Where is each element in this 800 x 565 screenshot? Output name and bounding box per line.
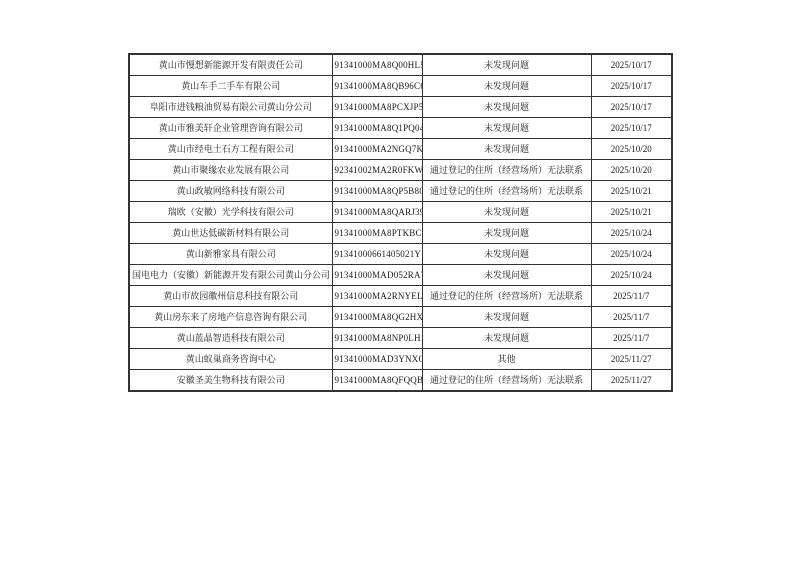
check-date-cell: 2025/11/27 <box>591 349 672 370</box>
table-row: 黄山车手二手车有限公司91341000MA8QB96C6E未发现问题2025/1… <box>129 76 672 97</box>
company-name-cell: 黄山蚁巢商务咨询中心 <box>129 349 332 370</box>
company-name-cell: 国电电力（安徽）新能源开发有限公司黄山分公司 <box>129 265 332 286</box>
table-row: 黄山世达低碳新材料有限公司91341000MA8PTKBC5H未发现问题2025… <box>129 223 672 244</box>
table-row: 瑞欧（安徽）光学科技有限公司91341000MA8QARJ39E未发现问题202… <box>129 202 672 223</box>
check-result-cell: 通过登记的住所（经营场所）无法联系 <box>422 160 591 181</box>
table-row: 黄山市经电土石方工程有限公司91341000MA2NGQ7K8A未发现问题202… <box>129 139 672 160</box>
company-name-cell: 黄山政敏网络科技有限公司 <box>129 181 332 202</box>
credit-code-cell: 91341000MA8PCXJP5G <box>332 97 422 118</box>
check-date-cell: 2025/10/24 <box>591 265 672 286</box>
credit-code-cell: 91341000MA8NP0LH1A <box>332 328 422 349</box>
check-result-cell: 未发现问题 <box>422 202 591 223</box>
check-date-cell: 2025/10/24 <box>591 244 672 265</box>
check-result-cell: 未发现问题 <box>422 76 591 97</box>
check-result-cell: 未发现问题 <box>422 265 591 286</box>
check-date-cell: 2025/10/21 <box>591 202 672 223</box>
company-name-cell: 黄山市聚缘农业发展有限公司 <box>129 160 332 181</box>
table-row: 黄山蚁巢商务咨询中心91341000MAD3YNXQ41其他2025/11/27 <box>129 349 672 370</box>
check-date-cell: 2025/10/17 <box>591 54 672 76</box>
company-name-cell: 安徽圣美生物科技有限公司 <box>129 370 332 392</box>
company-name-cell: 黄山市雅美轩企业管理咨询有限公司 <box>129 118 332 139</box>
table-row: 黄山政敏网络科技有限公司91341000MA8QP5B804通过登记的住所（经营… <box>129 181 672 202</box>
company-name-cell: 黄山市故园徽州信息科技有限公司 <box>129 286 332 307</box>
table-row: 黄山市故园徽州信息科技有限公司91341000MA2RNYEL48通过登记的住所… <box>129 286 672 307</box>
check-result-cell: 未发现问题 <box>422 223 591 244</box>
table-row: 安徽圣美生物科技有限公司91341000MA8QFQQB3M通过登记的住所（经营… <box>129 370 672 392</box>
table-row: 黄山新雅家具有限公司91341000661405021Y未发现问题2025/10… <box>129 244 672 265</box>
check-date-cell: 2025/11/7 <box>591 328 672 349</box>
credit-code-cell: 91341000MA8PTKBC5H <box>332 223 422 244</box>
credit-code-cell: 91341000MAD052RA7B <box>332 265 422 286</box>
credit-code-cell: 91341000MA8QFQQB3M <box>332 370 422 392</box>
check-result-cell: 通过登记的住所（经营场所）无法联系 <box>422 181 591 202</box>
table-row: 黄山市雅美轩企业管理咨询有限公司91341000MA8Q1PQ04R未发现问题2… <box>129 118 672 139</box>
table-row: 黄山蓝晶智造科技有限公司91341000MA8NP0LH1A未发现问题2025/… <box>129 328 672 349</box>
check-date-cell: 2025/11/27 <box>591 370 672 392</box>
check-date-cell: 2025/10/21 <box>591 181 672 202</box>
check-result-cell: 未发现问题 <box>422 328 591 349</box>
company-name-cell: 黄山市慢想新能源开发有限责任公司 <box>129 54 332 76</box>
inspection-report-table: 黄山市慢想新能源开发有限责任公司91341000MA8Q00HL5U未发现问题2… <box>128 53 673 392</box>
company-name-cell: 黄山世达低碳新材料有限公司 <box>129 223 332 244</box>
check-date-cell: 2025/10/17 <box>591 76 672 97</box>
credit-code-cell: 91341000MA8Q00HL5U <box>332 54 422 76</box>
credit-code-cell: 91341000MA8QG2HX6J <box>332 307 422 328</box>
table-row: 黄山房东来了房地产信息咨询有限公司91341000MA8QG2HX6J未发现问题… <box>129 307 672 328</box>
report-table-body: 黄山市慢想新能源开发有限责任公司91341000MA8Q00HL5U未发现问题2… <box>129 54 672 391</box>
credit-code-cell: 91341000MA8QB96C6E <box>332 76 422 97</box>
check-result-cell: 未发现问题 <box>422 97 591 118</box>
company-name-cell: 黄山蓝晶智造科技有限公司 <box>129 328 332 349</box>
check-result-cell: 未发现问题 <box>422 139 591 160</box>
check-result-cell: 通过登记的住所（经营场所）无法联系 <box>422 370 591 392</box>
credit-code-cell: 91341000MA8QARJ39E <box>332 202 422 223</box>
credit-code-cell: 91341000MAD3YNXQ41 <box>332 349 422 370</box>
credit-code-cell: 91341000661405021Y <box>332 244 422 265</box>
check-date-cell: 2025/11/7 <box>591 307 672 328</box>
company-name-cell: 黄山房东来了房地产信息咨询有限公司 <box>129 307 332 328</box>
company-name-cell: 瑞欧（安徽）光学科技有限公司 <box>129 202 332 223</box>
document-page: 黄山市慢想新能源开发有限责任公司91341000MA8Q00HL5U未发现问题2… <box>0 0 800 565</box>
check-date-cell: 2025/10/20 <box>591 139 672 160</box>
table-row: 黄山市慢想新能源开发有限责任公司91341000MA8Q00HL5U未发现问题2… <box>129 54 672 76</box>
credit-code-cell: 91341000MA2NGQ7K8A <box>332 139 422 160</box>
company-name-cell: 阜阳市进钱粮油贸易有限公司黄山分公司 <box>129 97 332 118</box>
check-date-cell: 2025/10/20 <box>591 160 672 181</box>
credit-code-cell: 91341000MA2RNYEL48 <box>332 286 422 307</box>
check-result-cell: 通过登记的住所（经营场所）无法联系 <box>422 286 591 307</box>
check-result-cell: 未发现问题 <box>422 307 591 328</box>
table-row: 黄山市聚缘农业发展有限公司92341002MA2R0FKW53通过登记的住所（经… <box>129 160 672 181</box>
company-name-cell: 黄山市经电土石方工程有限公司 <box>129 139 332 160</box>
table-row: 阜阳市进钱粮油贸易有限公司黄山分公司91341000MA8PCXJP5G未发现问… <box>129 97 672 118</box>
check-result-cell: 其他 <box>422 349 591 370</box>
credit-code-cell: 91341000MA8Q1PQ04R <box>332 118 422 139</box>
credit-code-cell: 92341002MA2R0FKW53 <box>332 160 422 181</box>
table-row: 国电电力（安徽）新能源开发有限公司黄山分公司91341000MAD052RA7B… <box>129 265 672 286</box>
check-date-cell: 2025/10/17 <box>591 118 672 139</box>
credit-code-cell: 91341000MA8QP5B804 <box>332 181 422 202</box>
check-date-cell: 2025/11/7 <box>591 286 672 307</box>
company-name-cell: 黄山新雅家具有限公司 <box>129 244 332 265</box>
company-name-cell: 黄山车手二手车有限公司 <box>129 76 332 97</box>
check-result-cell: 未发现问题 <box>422 244 591 265</box>
check-date-cell: 2025/10/24 <box>591 223 672 244</box>
check-date-cell: 2025/10/17 <box>591 97 672 118</box>
check-result-cell: 未发现问题 <box>422 54 591 76</box>
check-result-cell: 未发现问题 <box>422 118 591 139</box>
